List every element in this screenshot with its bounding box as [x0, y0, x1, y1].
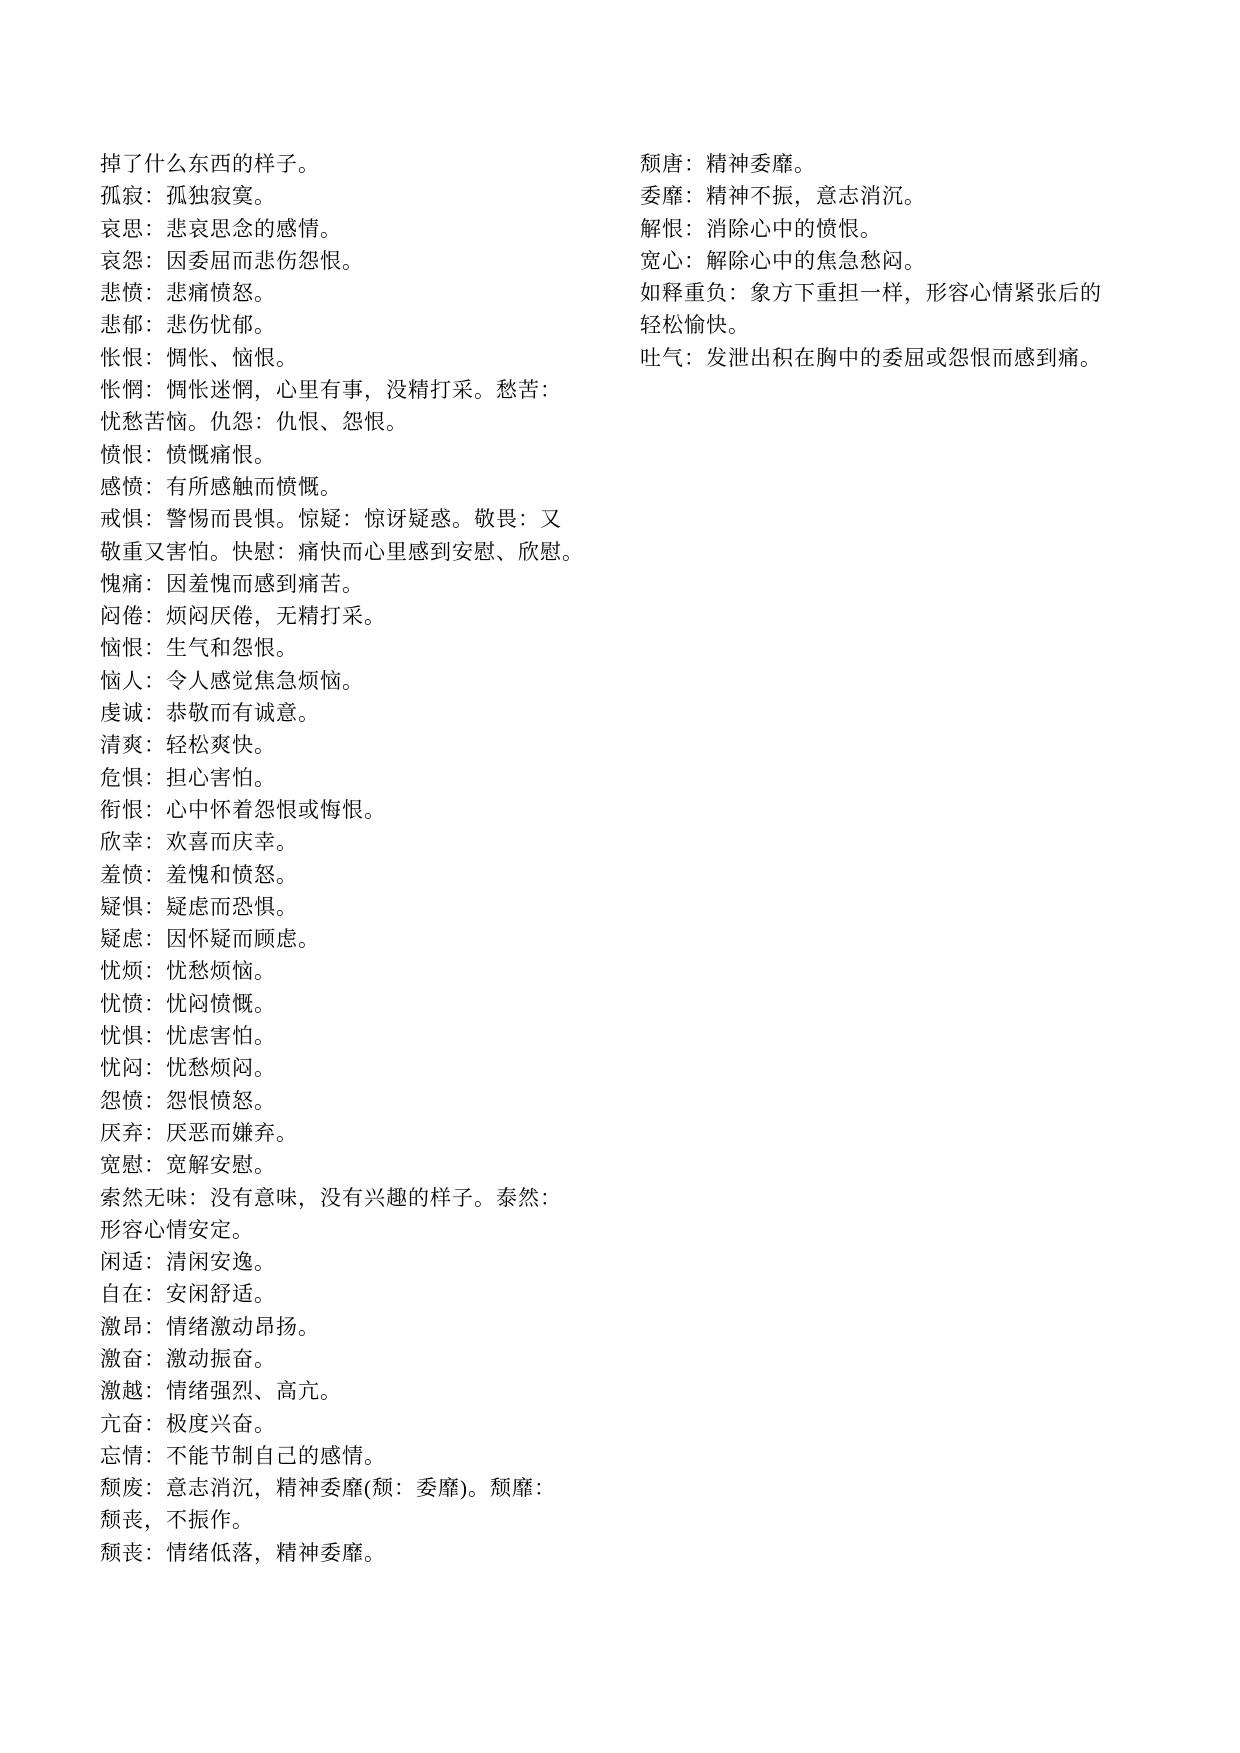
text-line: 疑惧：疑虑而恐惧。 — [100, 891, 600, 923]
text-line: 忘情：不能节制自己的感情。 — [100, 1440, 600, 1472]
text-line: 恼恨：生气和怨恨。 — [100, 632, 600, 664]
text-line: 怨愤：怨恨愤怒。 — [100, 1085, 600, 1117]
text-line: 亢奋：极度兴奋。 — [100, 1408, 600, 1440]
text-line: 衔恨：心中怀着怨恨或悔恨。 — [100, 794, 600, 826]
text-line: 悲郁：悲伤忧郁。 — [100, 309, 600, 341]
text-line: 索然无味：没有意味，没有兴趣的样子。泰然： — [100, 1182, 600, 1214]
text-line: 虔诚：恭敬而有诚意。 — [100, 697, 600, 729]
text-line: 颓丧：情绪低落，精神委靡。 — [100, 1537, 600, 1569]
text-line: 欣幸：欢喜而庆幸。 — [100, 826, 600, 858]
text-line: 颓唐：精神委靡。 — [640, 148, 1140, 180]
text-line: 悲愤：悲痛愤怒。 — [100, 277, 600, 309]
text-line: 厌弃：厌恶而嫌弃。 — [100, 1117, 600, 1149]
text-line: 哀思：悲哀思念的感情。 — [100, 213, 600, 245]
text-line: 清爽：轻松爽快。 — [100, 729, 600, 761]
text-line: 轻松愉快。 — [640, 309, 1140, 341]
text-line: 颓废：意志消沉，精神委靡(颓：委靡)。颓靡： — [100, 1472, 600, 1504]
right-column: 颓唐：精神委靡。委靡：精神不振，意志消沉。解恨：消除心中的愤恨。宽心：解除心中的… — [640, 148, 1140, 374]
text-line: 孤寂：孤独寂寞。 — [100, 180, 600, 212]
text-line: 吐气：发泄出积在胸中的委屈或怨恨而感到痛。 — [640, 342, 1140, 374]
document-page: 掉了什么东西的样子。孤寂：孤独寂寞。哀思：悲哀思念的感情。哀怨：因委屈而悲伤怨恨… — [0, 0, 1240, 1753]
text-line: 感愤：有所感触而愤慨。 — [100, 471, 600, 503]
text-line: 忧惧：忧虑害怕。 — [100, 1020, 600, 1052]
text-line: 如释重负：象方下重担一样，形容心情紧张后的 — [640, 277, 1140, 309]
text-line: 忧愁苦恼。仇怨：仇恨、怨恨。 — [100, 406, 600, 438]
text-line: 颓丧，不振作。 — [100, 1504, 600, 1536]
text-line: 忧愤：忧闷愤慨。 — [100, 988, 600, 1020]
text-line: 闲适：清闲安逸。 — [100, 1246, 600, 1278]
text-line: 激奋：激动振奋。 — [100, 1343, 600, 1375]
text-line: 羞愤：羞愧和愤怒。 — [100, 859, 600, 891]
text-line: 宽心：解除心中的焦急愁闷。 — [640, 245, 1140, 277]
text-line: 疑虑：因怀疑而顾虑。 — [100, 923, 600, 955]
text-line: 解恨：消除心中的愤恨。 — [640, 213, 1140, 245]
text-line: 宽慰：宽解安慰。 — [100, 1149, 600, 1181]
text-line: 激昂：情绪激动昂扬。 — [100, 1311, 600, 1343]
text-line: 委靡：精神不振，意志消沉。 — [640, 180, 1140, 212]
text-line: 闷倦：烦闷厌倦，无精打采。 — [100, 600, 600, 632]
text-line: 怅恨：惆怅、恼恨。 — [100, 342, 600, 374]
text-line: 自在：安闲舒适。 — [100, 1278, 600, 1310]
text-line: 愧痛：因羞愧而感到痛苦。 — [100, 568, 600, 600]
left-column: 掉了什么东西的样子。孤寂：孤独寂寞。哀思：悲哀思念的感情。哀怨：因委屈而悲伤怨恨… — [100, 148, 600, 1569]
text-line: 危惧：担心害怕。 — [100, 762, 600, 794]
text-line: 激越：情绪强烈、高亢。 — [100, 1375, 600, 1407]
text-line: 怅惘：惆怅迷惘，心里有事，没精打采。愁苦： — [100, 374, 600, 406]
text-line: 敬重又害怕。快慰：痛快而心里感到安慰、欣慰。 — [100, 536, 600, 568]
text-line: 愤恨：愤慨痛恨。 — [100, 439, 600, 471]
text-line: 忧闷：忧愁烦闷。 — [100, 1052, 600, 1084]
text-line: 戒惧：警惕而畏惧。惊疑：惊讶疑惑。敬畏：又 — [100, 503, 600, 535]
text-line: 恼人：令人感觉焦急烦恼。 — [100, 665, 600, 697]
two-column-text: 掉了什么东西的样子。孤寂：孤独寂寞。哀思：悲哀思念的感情。哀怨：因委屈而悲伤怨恨… — [100, 148, 1140, 1569]
text-line: 哀怨：因委屈而悲伤怨恨。 — [100, 245, 600, 277]
text-line: 忧烦：忧愁烦恼。 — [100, 955, 600, 987]
text-line: 形容心情安定。 — [100, 1214, 600, 1246]
text-line: 掉了什么东西的样子。 — [100, 148, 600, 180]
